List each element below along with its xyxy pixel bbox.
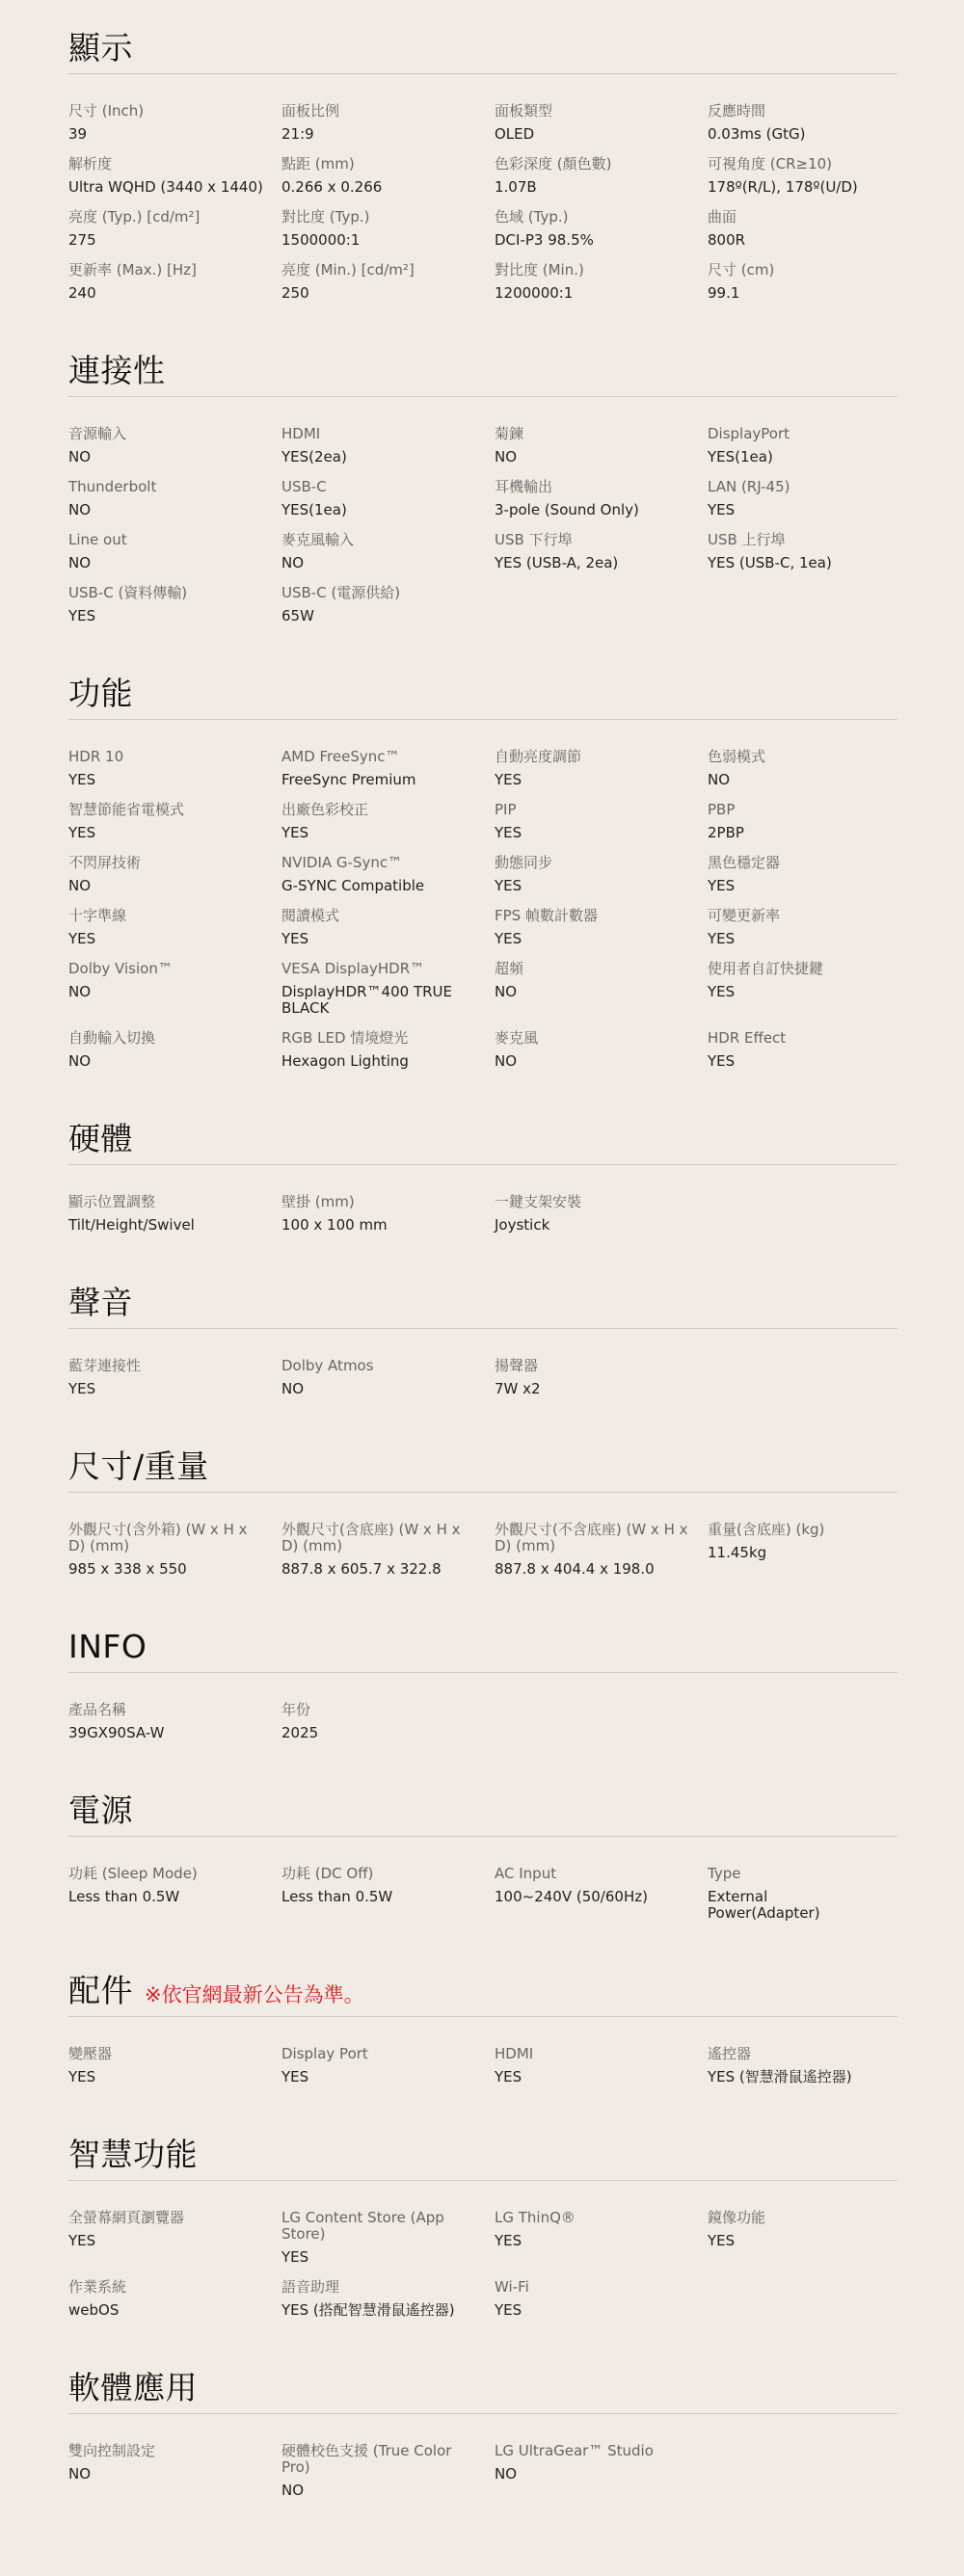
spec-item: 色域 (Typ.)DCI-P3 98.5%: [495, 209, 708, 249]
spec-label: 對比度 (Min.): [495, 262, 690, 279]
section-title: 配件: [68, 1966, 133, 2016]
spec-label: 可視角度 (CR≥10): [708, 156, 880, 173]
spec-value: YES: [68, 608, 264, 624]
section-header: 智慧功能: [68, 2124, 897, 2181]
section-header: 配件※依官網最新公告為準。: [68, 1960, 897, 2017]
spec-label: Display Port: [281, 2046, 477, 2062]
spec-value: 178º(R/L), 178º(U/D): [708, 179, 880, 196]
spec-value: NO: [708, 772, 880, 788]
spec-value: NO: [495, 984, 690, 1000]
spec-value: External Power(Adapter): [708, 1889, 880, 1922]
spec-item: 色彩深度 (顏色數)1.07B: [495, 156, 708, 196]
spec-value: 99.1: [708, 285, 880, 302]
spec-value: YES(2ea): [281, 449, 477, 465]
spec-value: YES: [708, 1053, 880, 1070]
spec-item: 硬體校色支援 (True Color Pro)NO: [281, 2443, 495, 2499]
section-title: INFO: [68, 1622, 147, 1672]
spec-value: YES: [68, 931, 264, 947]
spec-label: USB-C: [281, 479, 477, 495]
spec-label: 重量(含底座) (kg): [708, 1522, 880, 1538]
spec-value: 275: [68, 232, 264, 249]
spec-label: LAN (RJ-45): [708, 479, 880, 495]
spec-item: USB 下行埠YES (USB-A, 2ea): [495, 532, 708, 571]
spec-value: YES: [708, 984, 880, 1000]
spec-item: 全螢幕網頁瀏覽器YES: [68, 2210, 281, 2266]
spec-item: 重量(含底座) (kg)11.45kg: [708, 1522, 897, 1578]
spec-label: 鏡像功能: [708, 2210, 880, 2226]
spec-label: USB 上行埠: [708, 532, 880, 548]
spec-item: 亮度 (Min.) [cd/m²]250: [281, 262, 495, 302]
spec-item: VESA DisplayHDR™DisplayHDR™400 TRUE BLAC…: [281, 961, 495, 1017]
spec-value: 0.03ms (GtG): [708, 126, 880, 143]
spec-value: YES: [495, 772, 690, 788]
spec-label: Dolby Atmos: [281, 1358, 477, 1374]
spec-value: NO: [68, 2466, 264, 2483]
spec-label: 功耗 (DC Off): [281, 1866, 477, 1882]
spec-value: 250: [281, 285, 477, 302]
spec-item: DisplayPortYES(1ea): [708, 426, 897, 465]
spec-label: LG ThinQ®: [495, 2210, 690, 2226]
spec-item: 自動輸入切換NO: [68, 1030, 281, 1070]
spec-value: 3-pole (Sound Only): [495, 502, 690, 518]
spec-item: 動態同步YES: [495, 855, 708, 894]
spec-label: 全螢幕網頁瀏覽器: [68, 2210, 264, 2226]
spec-value: DisplayHDR™400 TRUE BLACK: [281, 984, 477, 1017]
spec-section: 配件※依官網最新公告為準。變壓器YESDisplay PortYESHDMIYE…: [68, 1960, 897, 2124]
spec-value: webOS: [68, 2302, 264, 2319]
section-title: 硬體: [68, 1114, 133, 1164]
spec-item: 點距 (mm)0.266 x 0.266: [281, 156, 495, 196]
spec-value: YES: [495, 878, 690, 894]
spec-value: YES: [708, 931, 880, 947]
spec-item: 語音助理YES (搭配智慧滑鼠遙控器): [281, 2279, 495, 2319]
spec-label: Line out: [68, 532, 264, 548]
spec-label: USB-C (資料傳輸): [68, 585, 264, 601]
spec-item: LG Content Store (App Store)YES: [281, 2210, 495, 2266]
spec-label: 語音助理: [281, 2279, 477, 2296]
spec-item: FPS 幀數計數器YES: [495, 908, 708, 947]
spec-item: Display PortYES: [281, 2046, 495, 2085]
spec-value: 100~240V (50/60Hz): [495, 1889, 690, 1905]
spec-item: AC Input100~240V (50/60Hz): [495, 1866, 708, 1922]
spec-label: 麥克風輸入: [281, 532, 477, 548]
spec-label: 外觀尺寸(含外箱) (W x H x D) (mm): [68, 1522, 264, 1554]
spec-label: USB 下行埠: [495, 532, 690, 548]
spec-item: PBP2PBP: [708, 802, 897, 841]
spec-item: 對比度 (Typ.)1500000:1: [281, 209, 495, 249]
spec-item: 更新率 (Max.) [Hz]240: [68, 262, 281, 302]
spec-section: 功能HDR 10YESAMD FreeSync™FreeSync Premium…: [68, 663, 897, 1108]
spec-label: 可變更新率: [708, 908, 880, 924]
section-header: 電源: [68, 1780, 897, 1837]
spec-item: Line outNO: [68, 532, 281, 571]
spec-item: 智慧節能省電模式YES: [68, 802, 281, 841]
section-title: 電源: [68, 1786, 133, 1836]
spec-item: LAN (RJ-45)YES: [708, 479, 897, 518]
spec-section: 聲音藍芽連接性YESDolby AtmosNO揚聲器7W x2: [68, 1272, 897, 1436]
spec-item: 使用者自訂快捷鍵YES: [708, 961, 897, 1017]
spec-value: YES: [495, 2069, 690, 2085]
spec-value: NO: [68, 502, 264, 518]
spec-label: 曲面: [708, 209, 880, 226]
spec-value: NO: [68, 984, 264, 1000]
spec-label: 麥克風: [495, 1030, 690, 1047]
spec-value: YES: [281, 2069, 477, 2085]
spec-value: YES: [68, 825, 264, 841]
spec-item: 功耗 (Sleep Mode)Less than 0.5W: [68, 1866, 281, 1922]
spec-label: HDMI: [495, 2046, 690, 2062]
spec-label: 產品名稱: [68, 1702, 264, 1718]
spec-label: PBP: [708, 802, 880, 818]
spec-value: NO: [68, 878, 264, 894]
spec-item: 可視角度 (CR≥10)178º(R/L), 178º(U/D): [708, 156, 897, 196]
spec-item: 藍芽連接性YES: [68, 1358, 281, 1397]
spec-value: YES(1ea): [708, 449, 880, 465]
spec-value: 887.8 x 404.4 x 198.0: [495, 1561, 690, 1578]
spec-item: 一鍵支架安裝Joystick: [495, 1194, 708, 1234]
spec-item: 音源輸入NO: [68, 426, 281, 465]
spec-item: LG UltraGear™ StudioNO: [495, 2443, 708, 2499]
spec-section: 智慧功能全螢幕網頁瀏覽器YESLG Content Store (App Sto…: [68, 2124, 897, 2357]
spec-value: NO: [495, 1053, 690, 1070]
spec-label: 作業系統: [68, 2279, 264, 2296]
spec-label: 耳機輸出: [495, 479, 690, 495]
spec-label: 揚聲器: [495, 1358, 690, 1374]
section-header: 功能: [68, 663, 897, 720]
spec-section: 連接性音源輸入NOHDMIYES(2ea)菊鍊NODisplayPortYES(…: [68, 340, 897, 663]
section-title: 連接性: [68, 346, 166, 396]
spec-item: RGB LED 情境燈光Hexagon Lighting: [281, 1030, 495, 1070]
spec-grid: 藍芽連接性YESDolby AtmosNO揚聲器7W x2: [68, 1329, 897, 1436]
spec-value: Less than 0.5W: [281, 1889, 477, 1905]
spec-grid: 尺寸 (Inch)39面板比例21:9面板類型OLED反應時間0.03ms (G…: [68, 74, 897, 340]
spec-item: 雙向控制設定NO: [68, 2443, 281, 2499]
spec-label: HDMI: [281, 426, 477, 442]
spec-value: NO: [68, 1053, 264, 1070]
spec-label: 自動亮度調節: [495, 749, 690, 765]
spec-item: 作業系統webOS: [68, 2279, 281, 2319]
spec-label: 出廠色彩校正: [281, 802, 477, 818]
spec-item: PIPYES: [495, 802, 708, 841]
spec-label: 黑色穩定器: [708, 855, 880, 871]
spec-item: 曲面800R: [708, 209, 897, 249]
spec-label: 色弱模式: [708, 749, 880, 765]
spec-value: YES: [495, 825, 690, 841]
spec-label: Dolby Vision™: [68, 961, 264, 977]
spec-label: 點距 (mm): [281, 156, 477, 173]
spec-value: Ultra WQHD (3440 x 1440): [68, 179, 264, 196]
spec-value: 65W: [281, 608, 477, 624]
spec-value: 2025: [281, 1725, 477, 1741]
spec-item: 自動亮度調節YES: [495, 749, 708, 788]
spec-item: HDMIYES(2ea): [281, 426, 495, 465]
spec-value: YES: [708, 878, 880, 894]
spec-item: USB-CYES(1ea): [281, 479, 495, 518]
spec-item: 十字準線YES: [68, 908, 281, 947]
spec-value: NO: [68, 449, 264, 465]
spec-label: 藍芽連接性: [68, 1358, 264, 1374]
spec-label: 色彩深度 (顏色數): [495, 156, 690, 173]
spec-item: 出廠色彩校正YES: [281, 802, 495, 841]
spec-item: Wi-FiYES: [495, 2279, 708, 2319]
spec-label: 十字準線: [68, 908, 264, 924]
spec-value: YES: [68, 772, 264, 788]
spec-grid: 變壓器YESDisplay PortYESHDMIYES遙控器YES (智慧滑鼠…: [68, 2017, 897, 2124]
spec-label: 硬體校色支援 (True Color Pro): [281, 2443, 477, 2476]
spec-item: 尺寸 (Inch)39: [68, 103, 281, 143]
spec-label: 變壓器: [68, 2046, 264, 2062]
spec-value: NO: [68, 555, 264, 571]
spec-label: 顯示位置調整: [68, 1194, 264, 1210]
spec-value: 240: [68, 285, 264, 302]
spec-value: NO: [495, 449, 690, 465]
spec-grid: 雙向控制設定NO硬體校色支援 (True Color Pro)NOLG Ultr…: [68, 2414, 897, 2537]
spec-item: 麥克風輸入NO: [281, 532, 495, 571]
spec-value: DCI-P3 98.5%: [495, 232, 690, 249]
spec-item: 外觀尺寸(含底座) (W x H x D) (mm)887.8 x 605.7 …: [281, 1522, 495, 1578]
section-title: 聲音: [68, 1278, 133, 1328]
spec-label: LG UltraGear™ Studio: [495, 2443, 690, 2459]
spec-item: 閱讀模式YES: [281, 908, 495, 947]
spec-item: 亮度 (Typ.) [cd/m²]275: [68, 209, 281, 249]
spec-label: 面板類型: [495, 103, 690, 120]
spec-item: Dolby Vision™NO: [68, 961, 281, 1017]
spec-item: 對比度 (Min.)1200000:1: [495, 262, 708, 302]
spec-label: 亮度 (Typ.) [cd/m²]: [68, 209, 264, 226]
section-header: 尺寸/重量: [68, 1436, 897, 1493]
spec-label: 對比度 (Typ.): [281, 209, 477, 226]
spec-value: YES: [495, 931, 690, 947]
spec-item: HDR 10YES: [68, 749, 281, 788]
spec-item: 外觀尺寸(不含底座) (W x H x D) (mm)887.8 x 404.4…: [495, 1522, 708, 1578]
spec-label: 功耗 (Sleep Mode): [68, 1866, 264, 1882]
spec-value: YES: [68, 1381, 264, 1397]
spec-grid: 全螢幕網頁瀏覽器YESLG Content Store (App Store)Y…: [68, 2181, 897, 2357]
section-header: 顯示: [68, 17, 897, 74]
spec-label: 解析度: [68, 156, 264, 173]
spec-value: 7W x2: [495, 1381, 690, 1397]
spec-value: YES: [68, 2233, 264, 2249]
spec-item: Dolby AtmosNO: [281, 1358, 495, 1397]
spec-value: YES: [281, 931, 477, 947]
spec-label: 菊鍊: [495, 426, 690, 442]
spec-value: NO: [281, 2483, 477, 2499]
spec-value: Tilt/Height/Swivel: [68, 1217, 264, 1234]
spec-value: 887.8 x 605.7 x 322.8: [281, 1561, 477, 1578]
spec-label: Wi-Fi: [495, 2279, 690, 2296]
section-header: 連接性: [68, 340, 897, 397]
spec-value: YES: [708, 2233, 880, 2249]
spec-value: YES: [281, 825, 477, 841]
spec-item: 尺寸 (cm)99.1: [708, 262, 897, 302]
spec-grid: 音源輸入NOHDMIYES(2ea)菊鍊NODisplayPortYES(1ea…: [68, 397, 897, 663]
spec-value: 1.07B: [495, 179, 690, 196]
section-header: 硬體: [68, 1108, 897, 1165]
spec-item: USB-C (電源供給)65W: [281, 585, 495, 624]
spec-item: TypeExternal Power(Adapter): [708, 1866, 897, 1922]
spec-label: 雙向控制設定: [68, 2443, 264, 2459]
spec-item: 解析度Ultra WQHD (3440 x 1440): [68, 156, 281, 196]
spec-label: RGB LED 情境燈光: [281, 1030, 477, 1047]
spec-item: 壁掛 (mm)100 x 100 mm: [281, 1194, 495, 1234]
spec-label: DisplayPort: [708, 426, 880, 442]
spec-label: 面板比例: [281, 103, 477, 120]
spec-label: NVIDIA G-Sync™: [281, 855, 477, 871]
spec-item: 耳機輸出3-pole (Sound Only): [495, 479, 708, 518]
spec-label: 色域 (Typ.): [495, 209, 690, 226]
spec-grid: 外觀尺寸(含外箱) (W x H x D) (mm)985 x 338 x 55…: [68, 1493, 897, 1616]
spec-grid: 功耗 (Sleep Mode)Less than 0.5W功耗 (DC Off)…: [68, 1837, 897, 1960]
section-header: 軟體應用: [68, 2357, 897, 2414]
spec-label: USB-C (電源供給): [281, 585, 477, 601]
section-header: 聲音: [68, 1272, 897, 1329]
spec-label: 閱讀模式: [281, 908, 477, 924]
spec-section: 電源功耗 (Sleep Mode)Less than 0.5W功耗 (DC Of…: [68, 1780, 897, 1960]
spec-label: 一鍵支架安裝: [495, 1194, 690, 1210]
spec-value: Hexagon Lighting: [281, 1053, 477, 1070]
spec-value: 2PBP: [708, 825, 880, 841]
spec-label: 智慧節能省電模式: [68, 802, 264, 818]
spec-item: 色弱模式NO: [708, 749, 897, 788]
spec-section: 軟體應用雙向控制設定NO硬體校色支援 (True Color Pro)NOLG …: [68, 2357, 897, 2537]
spec-label: 不閃屏技術: [68, 855, 264, 871]
spec-label: 自動輸入切換: [68, 1030, 264, 1047]
spec-label: Thunderbolt: [68, 479, 264, 495]
spec-value: YES: [708, 502, 880, 518]
spec-item: 不閃屏技術NO: [68, 855, 281, 894]
spec-label: AC Input: [495, 1866, 690, 1882]
spec-value: 800R: [708, 232, 880, 249]
spec-value: 0.266 x 0.266: [281, 179, 477, 196]
spec-value: YES (USB-A, 2ea): [495, 555, 690, 571]
spec-label: LG Content Store (App Store): [281, 2210, 477, 2243]
spec-label: 外觀尺寸(含底座) (W x H x D) (mm): [281, 1522, 477, 1554]
spec-item: NVIDIA G-Sync™G-SYNC Compatible: [281, 855, 495, 894]
spec-item: 產品名稱39GX90SA-W: [68, 1702, 281, 1741]
spec-value: NO: [495, 2466, 690, 2483]
spec-item: USB 上行埠YES (USB-C, 1ea): [708, 532, 897, 571]
section-title: 智慧功能: [68, 2130, 198, 2180]
spec-grid: HDR 10YESAMD FreeSync™FreeSync Premium自動…: [68, 720, 897, 1108]
spec-item: LG ThinQ®YES: [495, 2210, 708, 2266]
spec-label: 年份: [281, 1702, 477, 1718]
spec-label: 尺寸 (cm): [708, 262, 880, 279]
spec-item: 麥克風NO: [495, 1030, 708, 1070]
spec-label: 使用者自訂快捷鍵: [708, 961, 880, 977]
spec-label: 亮度 (Min.) [cd/m²]: [281, 262, 477, 279]
spec-value: FreeSync Premium: [281, 772, 477, 788]
section-note: ※依官網最新公告為準。: [145, 1970, 364, 2020]
spec-item: 外觀尺寸(含外箱) (W x H x D) (mm)985 x 338 x 55…: [68, 1522, 281, 1578]
spec-item: 可變更新率YES: [708, 908, 897, 947]
spec-value: 985 x 338 x 550: [68, 1561, 264, 1578]
spec-item: 功耗 (DC Off)Less than 0.5W: [281, 1866, 495, 1922]
spec-section: 顯示尺寸 (Inch)39面板比例21:9面板類型OLED反應時間0.03ms …: [68, 17, 897, 340]
spec-value: YES: [68, 2069, 264, 2085]
section-title: 軟體應用: [68, 2363, 198, 2413]
spec-value: YES(1ea): [281, 502, 477, 518]
spec-value: Less than 0.5W: [68, 1889, 264, 1905]
spec-section: 尺寸/重量外觀尺寸(含外箱) (W x H x D) (mm)985 x 338…: [68, 1436, 897, 1616]
section-title: 尺寸/重量: [68, 1442, 209, 1492]
spec-label: PIP: [495, 802, 690, 818]
spec-value: NO: [281, 555, 477, 571]
spec-label: 動態同步: [495, 855, 690, 871]
spec-item: USB-C (資料傳輸)YES: [68, 585, 281, 624]
spec-item: HDMIYES: [495, 2046, 708, 2085]
spec-item: 反應時間0.03ms (GtG): [708, 103, 897, 143]
spec-item: 年份2025: [281, 1702, 495, 1741]
spec-value: YES (搭配智慧滑鼠遙控器): [281, 2302, 477, 2319]
spec-label: 超頻: [495, 961, 690, 977]
spec-section: 硬體顯示位置調整Tilt/Height/Swivel壁掛 (mm)100 x 1…: [68, 1108, 897, 1272]
spec-item: 超頻NO: [495, 961, 708, 1017]
spec-item: 揚聲器7W x2: [495, 1358, 708, 1397]
spec-label: 反應時間: [708, 103, 880, 120]
section-header: INFO: [68, 1616, 897, 1673]
spec-value: 21:9: [281, 126, 477, 143]
spec-page: 顯示尺寸 (Inch)39面板比例21:9面板類型OLED反應時間0.03ms …: [0, 0, 964, 2576]
spec-item: 面板比例21:9: [281, 103, 495, 143]
spec-item: AMD FreeSync™FreeSync Premium: [281, 749, 495, 788]
spec-item: 顯示位置調整Tilt/Height/Swivel: [68, 1194, 281, 1234]
spec-label: 更新率 (Max.) [Hz]: [68, 262, 264, 279]
spec-item: HDR EffectYES: [708, 1030, 897, 1070]
spec-item: 變壓器YES: [68, 2046, 281, 2085]
spec-label: 壁掛 (mm): [281, 1194, 477, 1210]
spec-value: 11.45kg: [708, 1545, 880, 1561]
spec-section: INFO產品名稱39GX90SA-W年份2025: [68, 1616, 897, 1780]
spec-label: 外觀尺寸(不含底座) (W x H x D) (mm): [495, 1522, 690, 1554]
spec-item: ThunderboltNO: [68, 479, 281, 518]
spec-value: G-SYNC Compatible: [281, 878, 477, 894]
spec-label: 音源輸入: [68, 426, 264, 442]
spec-value: YES: [495, 2233, 690, 2249]
spec-value: YES: [281, 2249, 477, 2266]
spec-value: Joystick: [495, 1217, 690, 1234]
spec-value: 100 x 100 mm: [281, 1217, 477, 1234]
spec-item: 鏡像功能YES: [708, 2210, 897, 2266]
spec-value: 39: [68, 126, 264, 143]
section-title: 顯示: [68, 23, 133, 73]
spec-value: NO: [281, 1381, 477, 1397]
spec-label: 遙控器: [708, 2046, 880, 2062]
spec-item: 菊鍊NO: [495, 426, 708, 465]
spec-value: YES: [495, 2302, 690, 2319]
spec-label: AMD FreeSync™: [281, 749, 477, 765]
spec-item: 遙控器YES (智慧滑鼠遙控器): [708, 2046, 897, 2085]
spec-value: 1500000:1: [281, 232, 477, 249]
spec-label: VESA DisplayHDR™: [281, 961, 477, 977]
spec-value: YES (智慧滑鼠遙控器): [708, 2069, 880, 2085]
spec-label: Type: [708, 1866, 880, 1882]
spec-label: 尺寸 (Inch): [68, 103, 264, 120]
spec-value: 1200000:1: [495, 285, 690, 302]
spec-item: 面板類型OLED: [495, 103, 708, 143]
spec-label: FPS 幀數計數器: [495, 908, 690, 924]
spec-grid: 顯示位置調整Tilt/Height/Swivel壁掛 (mm)100 x 100…: [68, 1165, 897, 1272]
spec-grid: 產品名稱39GX90SA-W年份2025: [68, 1673, 897, 1780]
spec-value: YES (USB-C, 1ea): [708, 555, 880, 571]
spec-value: OLED: [495, 126, 690, 143]
section-title: 功能: [68, 669, 133, 719]
spec-label: HDR Effect: [708, 1030, 880, 1047]
spec-item: 黑色穩定器YES: [708, 855, 897, 894]
spec-label: HDR 10: [68, 749, 264, 765]
spec-value: 39GX90SA-W: [68, 1725, 264, 1741]
